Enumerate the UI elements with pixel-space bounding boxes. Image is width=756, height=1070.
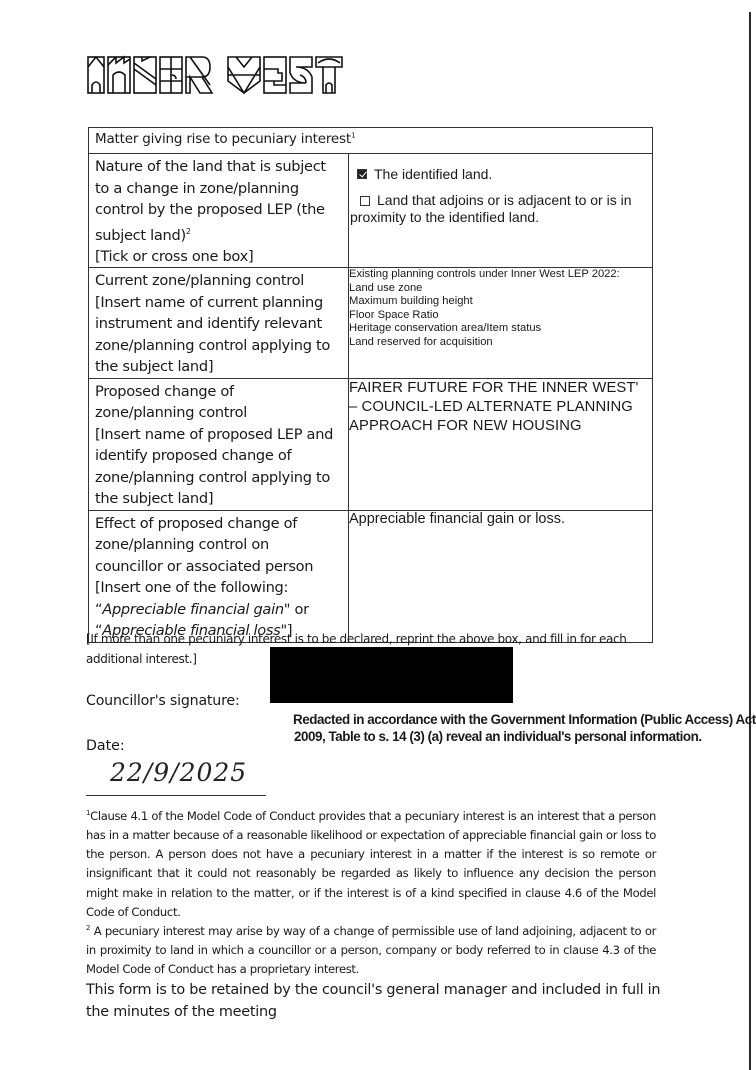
footnote-1: 1Clause 4.1 of the Model Code of Conduct…: [86, 804, 656, 922]
table-row: Proposed change of zone/planning control…: [89, 378, 653, 510]
redaction-notice-line: Redacted in accordance with the Governme…: [293, 712, 756, 727]
value-line: Appreciable financial gain or loss.: [349, 511, 652, 527]
option-label: Land that adjoins or is adjacent to or i…: [350, 192, 632, 225]
signature-label: Councillor's signature:: [86, 693, 240, 709]
value-line: APPROACH FOR NEW HOUSING: [349, 417, 652, 436]
table-row: Current zone/planning control [Insert na…: [89, 268, 653, 379]
redaction-notice: Redacted in accordance with the Governme…: [293, 711, 756, 745]
label-line: councillor or associated person: [95, 556, 344, 578]
row-label-land-nature: Nature of the land that is subject to a …: [89, 154, 349, 268]
table-header-label: Matter giving rise to pecuniary interest: [95, 131, 351, 147]
label-line: Current zone/planning control: [95, 270, 344, 292]
label-line: zone/planning control applying to: [95, 467, 344, 489]
value-line: Maximum building height: [349, 295, 652, 309]
redaction-notice-line: 2009, Table to s. 14 (3) (a) reveal an i…: [293, 728, 756, 745]
checkbox-unchecked-icon[interactable]: [360, 196, 370, 206]
value-line: Land use zone: [349, 282, 652, 296]
row-label-current-zone: Current zone/planning control [Insert na…: [89, 268, 349, 379]
table-row: Effect of proposed change of zone/planni…: [89, 510, 653, 642]
inner-west-logo: [86, 55, 366, 95]
date-label: Date:: [86, 738, 125, 754]
pecuniary-interest-table: Matter giving rise to pecuniary interest…: [88, 127, 653, 643]
option-label: The identified land.: [374, 166, 492, 182]
label-line: the subject land]: [95, 488, 344, 510]
retention-notice: This form is to be retained by the counc…: [86, 979, 686, 1023]
proposed-change-value: FAIRER FUTURE FOR THE INNER WEST' – COUN…: [349, 378, 653, 510]
table-row: Nature of the land that is subject to a …: [89, 154, 653, 268]
label-line: instrument and identify relevant: [95, 313, 344, 335]
label-line: subject land): [95, 226, 186, 243]
label-line: Effect of proposed change of: [95, 513, 344, 535]
label-line: Proposed change of: [95, 381, 344, 403]
label-line: [Insert name of current planning: [95, 292, 344, 314]
row-label-effect: Effect of proposed change of zone/planni…: [89, 510, 349, 642]
value-line: Heritage conservation area/Item status: [349, 322, 652, 336]
label-or: " or: [284, 601, 309, 618]
option-identified-land[interactable]: The identified land.: [349, 166, 652, 182]
inner-west-logo-icon: [86, 55, 366, 95]
value-line: – COUNCIL-LED ALTERNATE PLANNING: [349, 398, 652, 417]
label-line: [Insert name of proposed LEP and: [95, 424, 344, 446]
footnote-2: 2 A pecuniary interest may arise by way …: [86, 919, 656, 979]
current-controls-value: Existing planning controls under Inner W…: [349, 268, 653, 379]
label-line: [Insert one of the following:: [95, 577, 344, 599]
footnote-ref: 1: [351, 132, 355, 140]
value-line: Existing planning controls under Inner W…: [349, 268, 652, 282]
option-adjoining-land[interactable]: Land that adjoins or is adjacent to or i…: [349, 192, 652, 226]
checkbox-checked-icon[interactable]: [357, 169, 367, 179]
footnote-text: Clause 4.1 of the Model Code of Conduct …: [86, 809, 656, 919]
value-line: FAIRER FUTURE FOR THE INNER WEST': [349, 379, 652, 398]
label-line: control by the proposed LEP (the: [95, 199, 344, 221]
label-line: identify proposed change of: [95, 445, 344, 467]
effect-value: Appreciable financial gain or loss.: [349, 510, 653, 642]
date-underline: [86, 795, 266, 796]
row-instruction: [Tick or cross one box]: [95, 246, 344, 268]
label-line: the subject land]: [95, 356, 344, 378]
value-line: Floor Space Ratio: [349, 309, 652, 323]
page-edge-line: [749, 12, 751, 1070]
land-nature-options: The identified land. Land that adjoins o…: [349, 154, 653, 268]
value-line: Land reserved for acquisition: [349, 336, 652, 350]
table-header: Matter giving rise to pecuniary interest…: [89, 128, 653, 154]
label-line: “Appreciable financial gain" or: [95, 599, 344, 621]
footnote-ref: 2: [186, 227, 191, 236]
date-handwritten-value: 22/9/2025: [110, 758, 247, 787]
footnote-ref: 2: [86, 924, 90, 932]
italic-option: Appreciable financial gain: [102, 601, 284, 618]
label-line: zone/planning control: [95, 402, 344, 424]
label-line: zone/planning control applying to: [95, 335, 344, 357]
signature-redaction-box: [270, 647, 513, 703]
row-label-proposed-change: Proposed change of zone/planning control…: [89, 378, 349, 510]
label-line: Nature of the land that is subject: [95, 156, 344, 178]
label-line: to a change in zone/planning: [95, 178, 344, 200]
footnote-text: A pecuniary interest may arise by way of…: [86, 924, 656, 976]
label-line: zone/planning control on: [95, 534, 344, 556]
